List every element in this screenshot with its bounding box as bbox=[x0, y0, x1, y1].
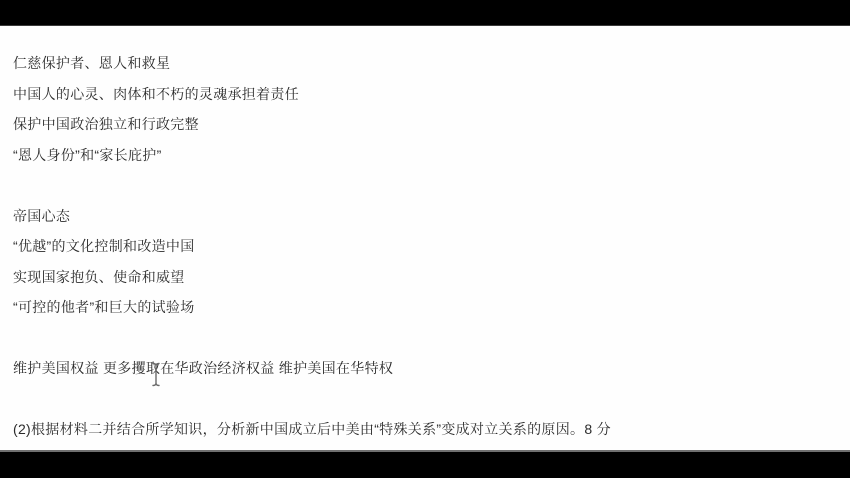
text-line: 中国人的心灵、肉体和不朽的灵魂承担着责任 bbox=[13, 79, 837, 110]
video-frame: 仁慈保护者、恩人和救星 中国人的心灵、肉体和不朽的灵魂承担着责任 保护中国政治独… bbox=[0, 0, 850, 478]
text-line: 实现国家抱负、使命和威望 bbox=[13, 262, 837, 293]
text-line: 帝国心态 bbox=[13, 201, 837, 232]
text-line-blank bbox=[13, 323, 837, 354]
text-line: “可控的他者”和巨大的试验场 bbox=[13, 292, 837, 323]
text-line: 维护美国权益 更多攫取在华政治经济权益 维护美国在华特权 bbox=[13, 353, 837, 384]
text-line: “优越”的文化控制和改造中国 bbox=[13, 231, 837, 262]
text-line-blank bbox=[13, 170, 837, 201]
letterbox-top-bar bbox=[0, 0, 850, 26]
letterbox-bottom-bar bbox=[0, 450, 850, 478]
text-line: (2)根据材料二并结合所学知识，分析新中国成立后中美由“特殊关系”变成对立关系的… bbox=[13, 414, 837, 445]
text-line: 保护中国政治独立和行政完整 bbox=[13, 109, 837, 140]
text-line-blank bbox=[13, 384, 837, 415]
text-line: 仁慈保护者、恩人和救星 bbox=[13, 48, 837, 79]
document-page: 仁慈保护者、恩人和救星 中国人的心灵、肉体和不朽的灵魂承担着责任 保护中国政治独… bbox=[0, 26, 850, 450]
text-line: “恩人身份”和“家长庇护” bbox=[13, 140, 837, 171]
document-text-block: 仁慈保护者、恩人和救星 中国人的心灵、肉体和不朽的灵魂承担着责任 保护中国政治独… bbox=[13, 48, 837, 445]
